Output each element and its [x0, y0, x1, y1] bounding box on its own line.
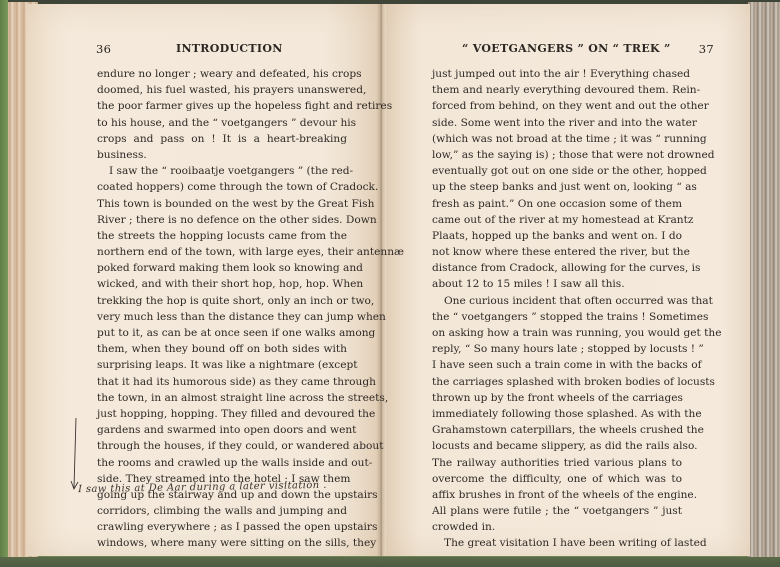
text-line: overcome the difficulty, one of which wa…: [432, 471, 682, 487]
text-line: fresh as paint.” On one occasion some of…: [432, 196, 682, 212]
text-line: very much less than the distance they ca…: [97, 309, 347, 325]
text-line: endure no longer ; weary and defeated, h…: [97, 66, 347, 82]
text-line: All plans were futile ; the “ voetganger…: [432, 503, 682, 519]
text-line: locusts and became slippery, as did the …: [432, 438, 682, 454]
text-line: immediately following those splashed. As…: [432, 406, 682, 422]
text-line: them and nearly everything devoured them…: [432, 82, 682, 98]
book-gutter: [376, 4, 386, 556]
page-number: 37: [699, 42, 714, 56]
text-line: (which was not broad at the time ; it wa…: [432, 131, 682, 147]
text-line: up the steep banks and just went on, loo…: [432, 179, 682, 195]
text-line: low,” as the saying is) ; those that wer…: [432, 147, 682, 163]
text-line: crowded in.: [432, 519, 682, 535]
text-line: I saw the “ rooibaatje voetgangers ” (th…: [97, 163, 347, 179]
text-line: business.: [97, 147, 347, 163]
text-line: forced from behind, on they went and out…: [432, 98, 682, 114]
text-line: One curious incident that often occurred…: [432, 293, 682, 309]
text-line: surprising leaps. It was like a nightmar…: [97, 357, 347, 373]
text-line: wicked, and with their short hop, hop, h…: [97, 276, 347, 292]
text-line: distance from Cradock, allowing for the …: [432, 260, 682, 276]
left-page-header: 36 INTRODUCTION: [96, 42, 348, 58]
text-line: corridors, climbing the walls and jumpin…: [97, 503, 347, 519]
page-number: 36: [96, 42, 111, 56]
text-line: trekking the hop is quite short, only an…: [97, 293, 347, 309]
running-title: INTRODUCTION: [176, 42, 283, 55]
book-bottom-edge: [0, 557, 780, 567]
text-line: the carriages splashed with broken bodie…: [432, 374, 682, 390]
running-title: “ VOETGANGERS ” ON “ TREK ”: [462, 42, 671, 55]
text-line: The railway authorities tried various pl…: [432, 455, 682, 471]
text-line: them, when they bound off on both sides …: [97, 341, 347, 357]
text-line: eventually got out on one side or the ot…: [432, 163, 682, 179]
text-line: the town, in an almost straight line acr…: [97, 390, 347, 406]
text-line: just jumped out into the air ! Everythin…: [432, 66, 682, 82]
text-line: the streets the hopping locusts came fro…: [97, 228, 347, 244]
text-line: crawling everywhere ; as I passed the op…: [97, 519, 347, 535]
text-line: thrown up by the front wheels of the car…: [432, 390, 682, 406]
text-line: came out of the river at my homestead at…: [432, 212, 682, 228]
text-line: gardens and swarmed into open doors and …: [97, 422, 347, 438]
text-line: crops and pass on ! It is a heart-breaki…: [97, 131, 347, 147]
text-line: Grahamstown caterpillars, the wheels cru…: [432, 422, 682, 438]
text-line: the poor farmer gives up the hopeless fi…: [97, 98, 347, 114]
text-line: that it had its humorous side) as they c…: [97, 374, 347, 390]
text-line: affix brushes in front of the wheels of …: [432, 487, 682, 503]
text-line: poked forward making them look so knowin…: [97, 260, 347, 276]
right-page-header: “ VOETGANGERS ” ON “ TREK ” 37: [462, 42, 714, 58]
text-line: River ; there is no defence on the other…: [97, 212, 347, 228]
text-line: on asking how a train was running, you w…: [432, 325, 682, 341]
text-line: put to it, as can be at once seen if one…: [97, 325, 347, 341]
text-line: through the houses, if they could, or wa…: [97, 438, 347, 454]
text-line: windows, where many were sitting on the …: [97, 535, 347, 551]
text-line: doomed, his fuel wasted, his prayers una…: [97, 82, 347, 98]
left-page-body-text: endure no longer ; weary and defeated, h…: [97, 66, 347, 552]
text-line: not know where these entered the river, …: [432, 244, 682, 260]
text-line: The great visitation I have been writing…: [432, 535, 682, 551]
text-line: northern end of the town, with large eye…: [97, 244, 347, 260]
text-line: I have seen such a train come in with th…: [432, 357, 682, 373]
text-line: reply, “ So many hours late ; stopped by…: [432, 341, 682, 357]
text-line: the “ voetgangers ” stopped the trains !…: [432, 309, 682, 325]
text-line: the rooms and crawled up the walls insid…: [97, 455, 347, 471]
text-line: about 12 to 15 miles ! I saw all this.: [432, 276, 682, 292]
text-line: to his house, and the “ voetgangers ” de…: [97, 115, 347, 131]
right-page-body-text: just jumped out into the air ! Everythin…: [432, 66, 682, 552]
text-line: just hopping, hopping. They filled and d…: [97, 406, 347, 422]
text-line: This town is bounded on the west by the …: [97, 196, 347, 212]
text-line: coated hoppers) come through the town of…: [97, 179, 347, 195]
text-line: Plaats, hopped up the banks and went on.…: [432, 228, 682, 244]
right-page-edges: [748, 2, 780, 558]
handwritten-arrow-icon: [70, 418, 80, 492]
text-line: side. Some went into the river and into …: [432, 115, 682, 131]
